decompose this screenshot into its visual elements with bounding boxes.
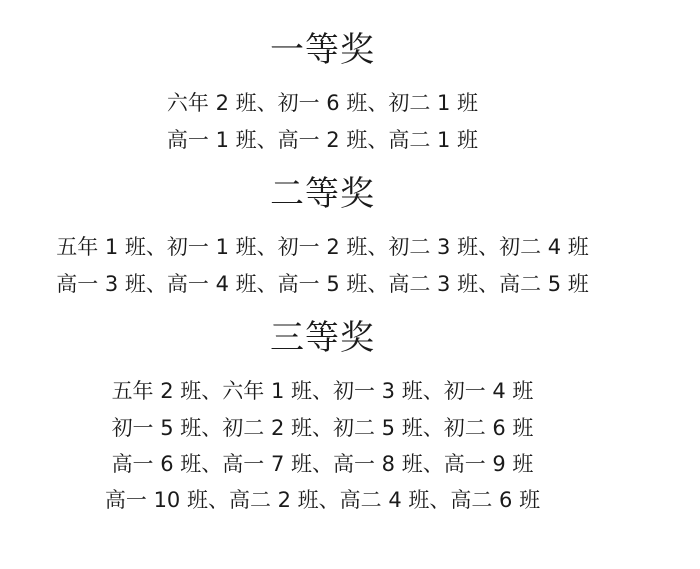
third-prize-line-1: 五年 2 班、六年 1 班、初一 3 班、初一 4 班	[0, 377, 645, 405]
second-prize-line-2: 高一 3 班、高一 4 班、高一 5 班、高二 3 班、高二 5 班	[0, 270, 645, 298]
first-prize-line-1: 六年 2 班、初一 6 班、初二 1 班	[0, 89, 645, 117]
third-prize-line-2: 初一 5 班、初二 2 班、初二 5 班、初二 6 班	[0, 414, 645, 442]
third-prize-heading: 三等奖	[0, 318, 645, 358]
first-prize-heading: 一等奖	[0, 30, 645, 70]
third-prize-line-3: 高一 6 班、高一 7 班、高一 8 班、高一 9 班	[0, 450, 645, 478]
third-prize-line-4: 高一 10 班、高二 2 班、高二 4 班、高二 6 班	[0, 486, 645, 514]
second-prize-heading: 二等奖	[0, 174, 645, 214]
second-prize-line-1: 五年 1 班、初一 1 班、初一 2 班、初二 3 班、初二 4 班	[0, 233, 645, 261]
first-prize-line-2: 高一 1 班、高一 2 班、高二 1 班	[0, 126, 645, 154]
